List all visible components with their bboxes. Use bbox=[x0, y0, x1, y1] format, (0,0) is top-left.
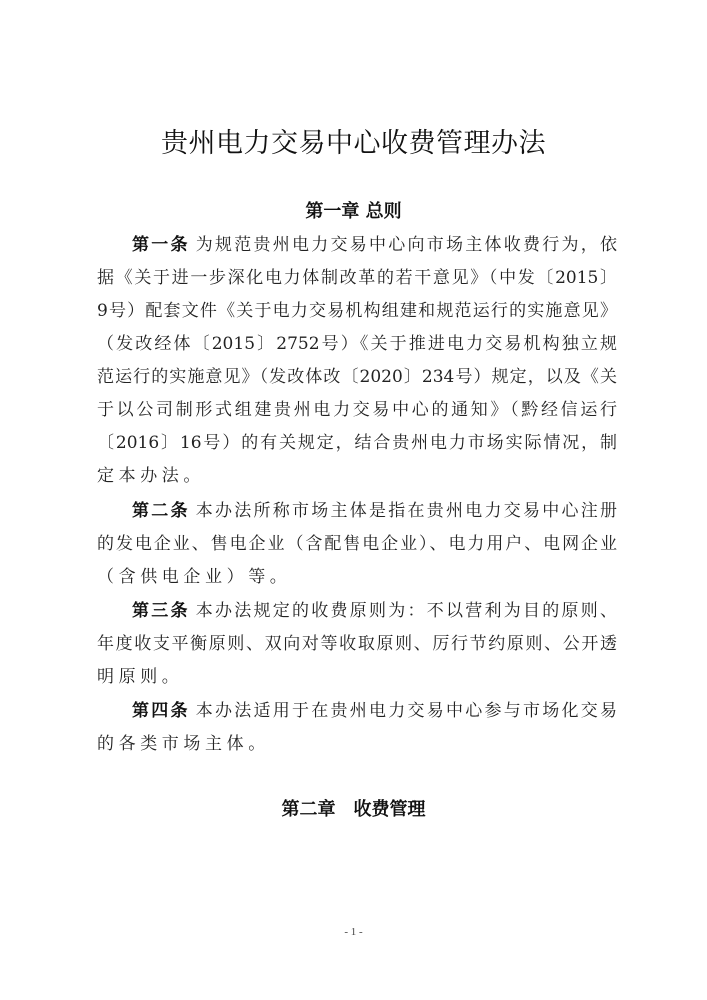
article-1-line-8: 定本办法。 bbox=[97, 460, 617, 493]
article-1-line-3: 9号）配套文件《关于电力交易机构组建和规范运行的实施意见》 bbox=[97, 295, 617, 328]
article-1-line-4: （发改经体〔2015〕2752号）《关于推进电力交易机构独立规 bbox=[97, 328, 617, 361]
chapter-heading-1: 第一章 总则 bbox=[0, 199, 707, 225]
document-page: 贵州电力交易中心收费管理办法 第一章 总则 第一条为规范贵州电力交易中心向市场主… bbox=[0, 0, 707, 1000]
article-1-line-6: 于以公司制形式组建贵州电力交易中心的通知》（黔经信运行 bbox=[97, 394, 617, 427]
chapter-heading-2: 第二章 收费管理 bbox=[0, 797, 707, 823]
article-2-line-3: （含供电企业）等。 bbox=[97, 561, 617, 594]
article-3-line-3: 明原则。 bbox=[97, 661, 617, 694]
article-3-line-1: 第三条本办法规定的收费原则为：不以营利为目的原则、 bbox=[132, 595, 617, 628]
article-text: 本办法规定的收费原则为：不以营利为目的原则、 bbox=[196, 601, 617, 621]
article-label: 第四条 bbox=[132, 701, 190, 721]
article-text: 本办法所称市场主体是指在贵州电力交易中心注册 bbox=[196, 501, 617, 521]
article-1-line-5: 范运行的实施意见》（发改体改〔2020〕234号）规定，以及《关 bbox=[97, 361, 617, 394]
article-label: 第一条 bbox=[132, 235, 190, 255]
article-4-line-2: 的各类市场主体。 bbox=[97, 728, 617, 761]
article-3-line-2: 年度收支平衡原则、双向对等收取原则、厉行节约原则、公开透 bbox=[97, 628, 617, 661]
article-text: 为规范贵州电力交易中心向市场主体收费行为，依 bbox=[196, 235, 617, 255]
article-4-line-1: 第四条本办法适用于在贵州电力交易中心参与市场化交易 bbox=[132, 695, 617, 728]
article-label: 第三条 bbox=[132, 601, 190, 621]
article-1-line-1: 第一条为规范贵州电力交易中心向市场主体收费行为，依 bbox=[132, 229, 617, 262]
document-title: 贵州电力交易中心收费管理办法 bbox=[0, 126, 707, 162]
article-text: 本办法适用于在贵州电力交易中心参与市场化交易 bbox=[196, 701, 617, 721]
article-1-line-7: 〔2016〕16号）的有关规定，结合贵州电力市场实际情况，制 bbox=[97, 427, 617, 460]
article-2-line-2: 的发电企业、售电企业（含配售电企业）、电力用户、电网企业 bbox=[97, 528, 617, 561]
article-1-line-2: 据《关于进一步深化电力体制改革的若干意见》（中发〔2015〕 bbox=[97, 262, 617, 295]
article-2-line-1: 第二条本办法所称市场主体是指在贵州电力交易中心注册 bbox=[132, 495, 617, 528]
article-label: 第二条 bbox=[132, 501, 190, 521]
page-number: - 1 - bbox=[0, 926, 707, 938]
